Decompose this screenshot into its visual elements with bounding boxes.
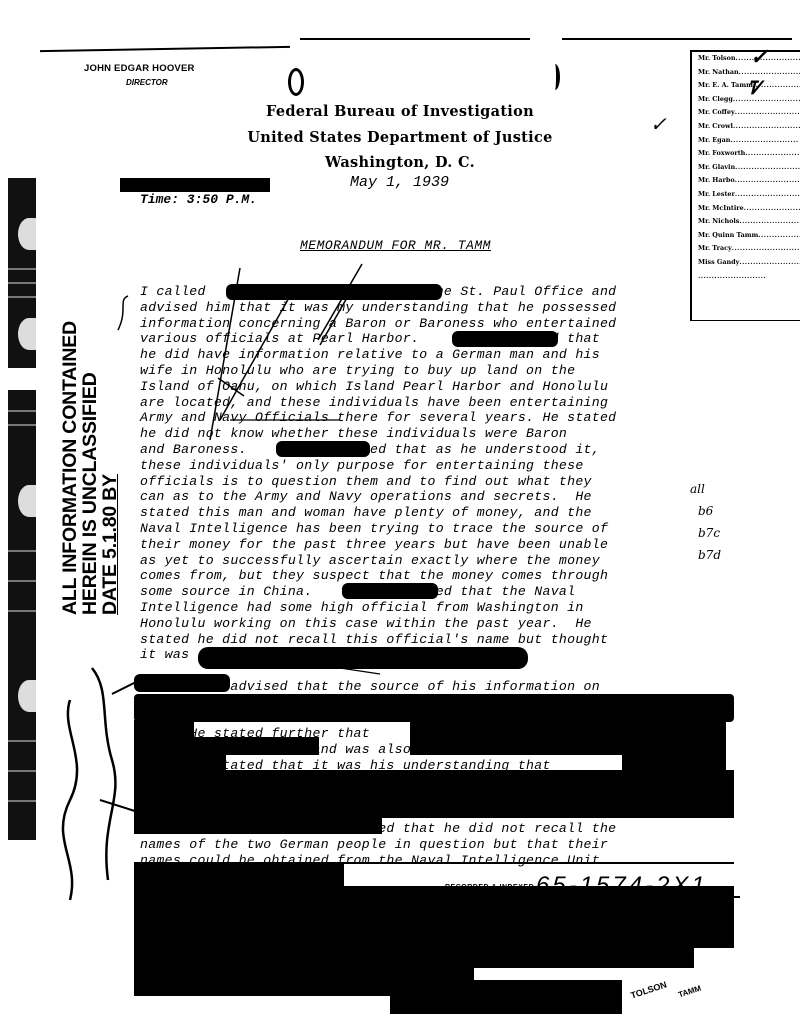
exemption-code: b7d	[698, 544, 721, 566]
exemption-code: b7c	[698, 522, 721, 544]
rule-line	[440, 896, 740, 898]
recorded-indexed-stamp: RECORDED & INDEXED	[445, 884, 534, 891]
stamp-line-2: HEREIN IS UNCLASSIFIED	[80, 321, 100, 615]
declassification-stamp: ALL INFORMATION CONTAINED HEREIN IS UNCL…	[60, 321, 120, 615]
exemption-code: all	[690, 478, 721, 500]
exemption-code: b6	[698, 500, 721, 522]
stamp-line-3: DATE 5.1.80 BY	[100, 321, 120, 615]
exemption-notes: allb6b7cb7d	[690, 478, 721, 566]
stamp-line-1: ALL INFORMATION CONTAINED	[60, 321, 80, 615]
